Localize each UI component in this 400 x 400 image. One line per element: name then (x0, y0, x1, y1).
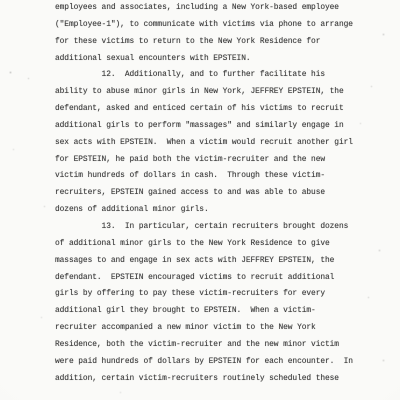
document-line: of additional minor girls to the New Yor… (55, 236, 375, 253)
document-line: Residence, both the victim-recruiter and… (55, 337, 375, 354)
document-text-block: employees and associates, including a Ne… (55, 0, 375, 387)
document-line: recruiters, EPSTEIN gained access to and… (55, 185, 375, 202)
document-line: ability to abuse minor girls in New York… (55, 84, 375, 101)
document-line: massages to and engage in sex acts with … (55, 253, 375, 270)
document-line: for these victims to return to the New Y… (55, 34, 375, 51)
document-line: additional sexual encounters with EPSTEI… (55, 51, 375, 68)
document-line: were paid hundreds of dollars by EPSTEIN… (55, 354, 375, 371)
scan-speckles (0, 0, 1, 1)
document-line: 12. Additionally, and to further facilit… (55, 67, 375, 84)
document-line: dozens of additional minor girls. (55, 202, 375, 219)
document-line: sex acts with EPSTEIN. When a victim wou… (55, 135, 375, 152)
document-line: additional girl they brought to EPSTEIN.… (55, 303, 375, 320)
document-line: defendant. EPSTEIN encouraged victims to… (55, 270, 375, 287)
document-line: victim hundreds of dollars in cash. Thro… (55, 168, 375, 185)
document-line: for EPSTEIN, he paid both the victim-rec… (55, 152, 375, 169)
document-line: ("Employee-1"), to communicate with vict… (55, 17, 375, 34)
document-line: addition, certain victim-recruiters rout… (55, 371, 375, 388)
document-line: defendant, asked and enticed certain of … (55, 101, 375, 118)
document-line: recruiter accompanied a new minor victim… (55, 320, 375, 337)
document-page: employees and associates, including a Ne… (0, 0, 400, 400)
document-line: employees and associates, including a Ne… (55, 0, 375, 17)
document-line: girls by offering to pay these victim-re… (55, 286, 375, 303)
document-line: additional girls to perform "massages" a… (55, 118, 375, 135)
document-line: 13. In particular, certain recruiters br… (55, 219, 375, 236)
